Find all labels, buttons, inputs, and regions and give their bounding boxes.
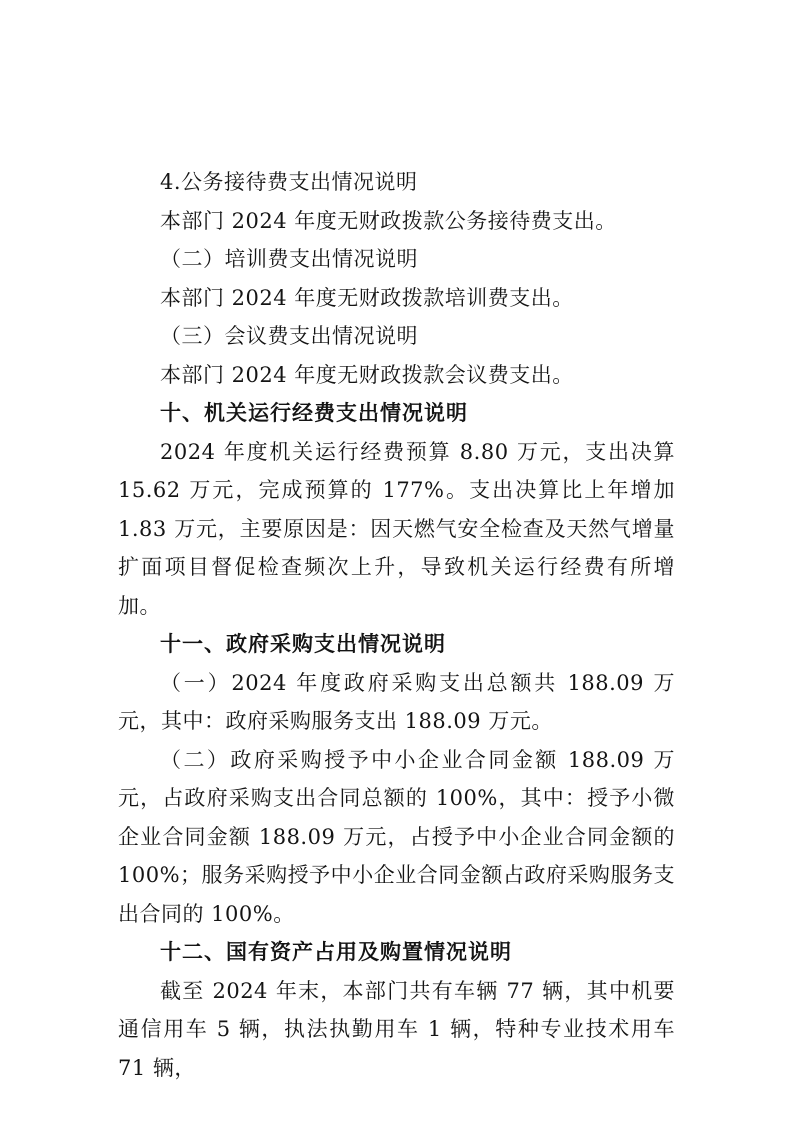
paragraph-meeting-expense-detail: 本部门 2024 年度无财政拨款会议费支出。 [118,356,675,395]
document-page: 4.公务接待费支出情况说明 本部门 2024 年度无财政拨款公务接待费支出。 （… [0,0,793,1122]
paragraph-agency-operating-funds-detail: 2024 年度机关运行经费预算 8.80 万元，支出决算 15.62 万元，完成… [118,433,675,626]
paragraph-official-reception-detail: 本部门 2024 年度无财政拨款公务接待费支出。 [118,202,675,241]
section-heading-11-government-procurement: 十一、政府采购支出情况说明 [118,625,675,664]
section-heading-12-state-owned-assets: 十二、国有资产占用及购置情况说明 [118,933,675,972]
section-heading-10-agency-operating-funds: 十、机关运行经费支出情况说明 [118,394,675,433]
subsection-heading-meeting-expense: （三）会议费支出情况说明 [118,317,675,356]
subsection-heading-training-expense: （二）培训费支出情况说明 [118,240,675,279]
paragraph-procurement-total: （一）2024 年度政府采购支出总额共 188.09 万元，其中：政府采购服务支… [118,664,675,741]
subsection-heading-official-reception: 4.公务接待费支出情况说明 [118,163,675,202]
paragraph-procurement-sme-contracts: （二）政府采购授予中小企业合同金额 188.09 万元，占政府采购支出合同总额的… [118,741,675,934]
paragraph-training-expense-detail: 本部门 2024 年度无财政拨款培训费支出。 [118,279,675,318]
paragraph-vehicle-assets-detail: 截至 2024 年末，本部门共有车辆 77 辆，其中机要通信用车 5 辆，执法执… [118,972,675,1088]
